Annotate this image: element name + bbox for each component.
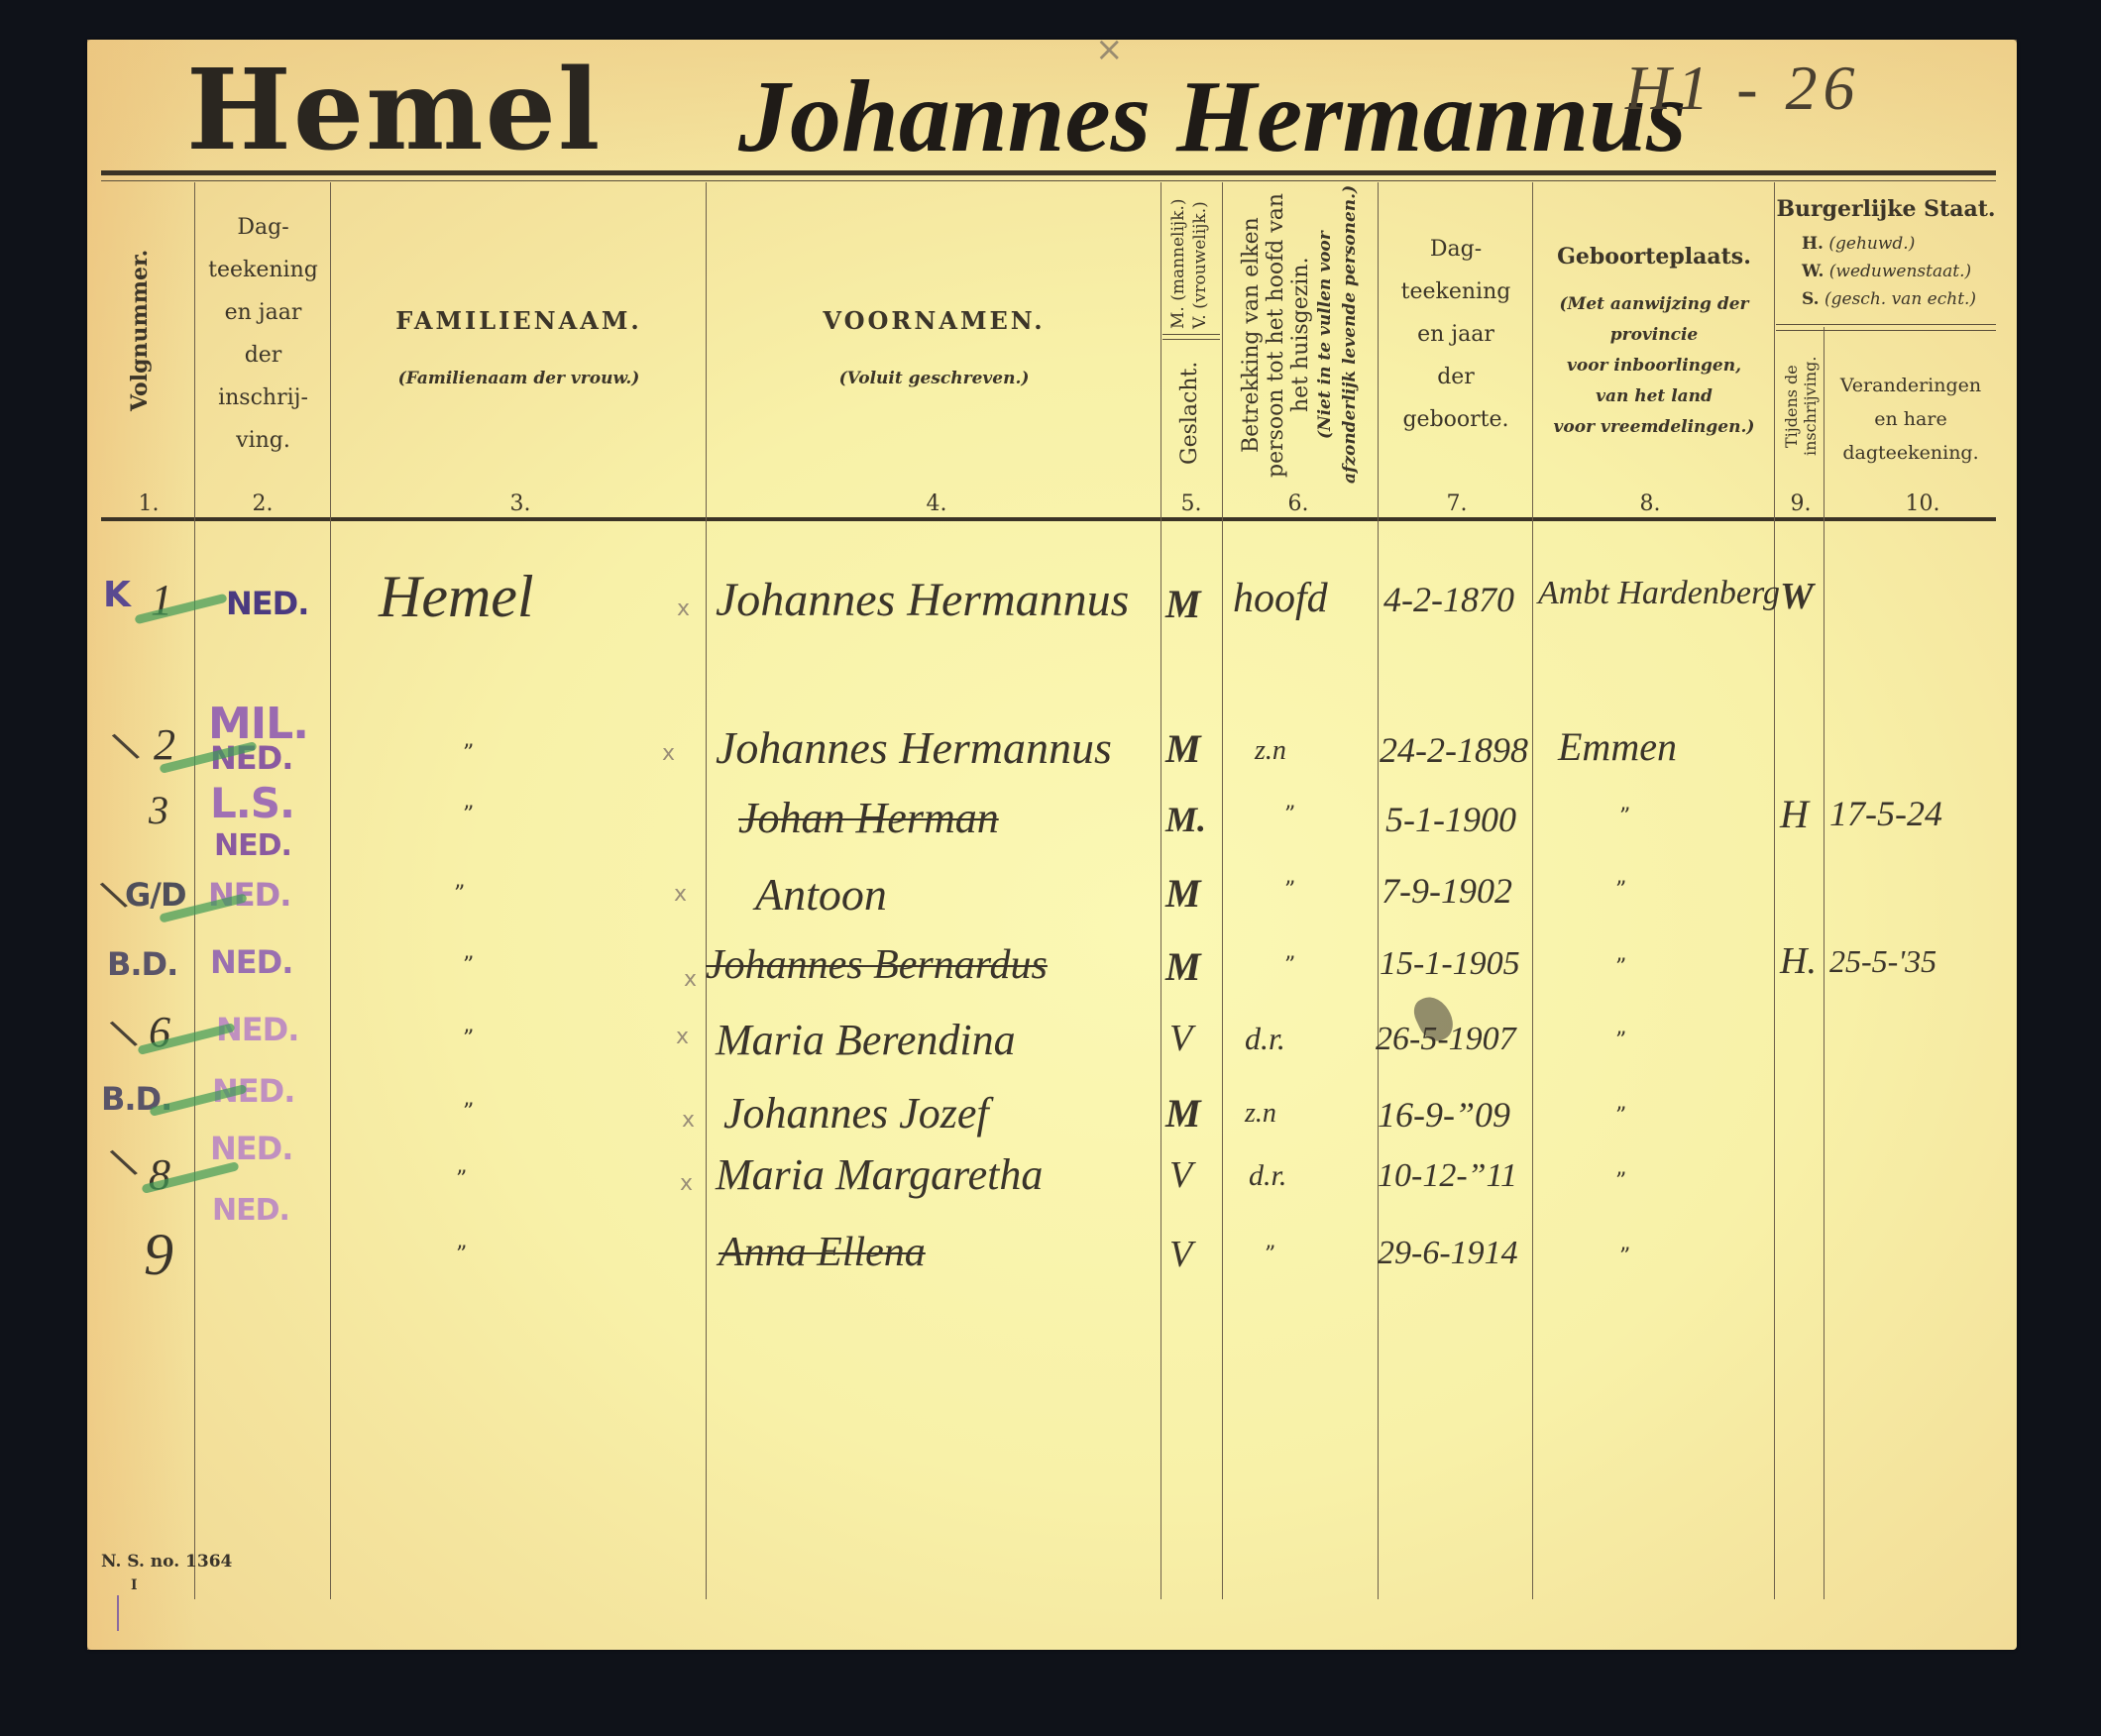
- legend-m: M. (mannelijk.): [1167, 188, 1189, 329]
- row-8-family: ”: [456, 1167, 467, 1192]
- title-rule: [101, 170, 1996, 175]
- colnum-1: 1.: [129, 491, 168, 516]
- legend-h-desc: (gehuwd.): [1828, 234, 1915, 254]
- row-9-stamp: NED.: [212, 1193, 289, 1228]
- header-line: ving.: [196, 419, 330, 462]
- row-8-given: Maria Margaretha: [716, 1149, 1043, 1200]
- row-3-family: ”: [463, 803, 474, 827]
- row-1-family: Hemel: [379, 563, 534, 631]
- row-9-family: ”: [456, 1243, 467, 1267]
- row-8-stamp: NED.: [210, 1130, 292, 1167]
- row-5-change: 25-5-'35: [1829, 943, 1936, 980]
- gender-rule-2: [1162, 339, 1220, 340]
- header-line: teekening: [1380, 271, 1532, 313]
- row-4-birth-date: 7-9-1902: [1382, 870, 1512, 912]
- row-2-x-mark: x: [662, 741, 675, 766]
- header-note: (Niet in te vullen voor: [1313, 186, 1338, 484]
- row-1-sex: M: [1165, 581, 1201, 627]
- card-surname: Hemel: [186, 46, 602, 175]
- col-divider-4: [1161, 182, 1161, 1599]
- row-1-civil-status: W: [1780, 575, 1814, 618]
- header-dagteekening-geboorte: Dag- teekening en jaar der geboorte.: [1380, 228, 1532, 441]
- header-geboorteplaats-sub: (Met aanwijzing der provincie voor inboo…: [1534, 289, 1774, 443]
- row-6-birth-date: 26-5-1907: [1376, 1021, 1516, 1058]
- header-geslacht: Geslacht.: [1177, 349, 1202, 478]
- header-mv-legend: M. (mannelijk.) V. (vrouwelijk.): [1167, 188, 1211, 329]
- row-7-family: ”: [463, 1100, 474, 1125]
- header-line: voor vreemdelingen.): [1534, 412, 1774, 443]
- legend-s: S.: [1802, 289, 1820, 309]
- burgerlijke-staat-legend: H. (gehuwd.) W. (weduwenstaat.) S. (gesc…: [1802, 230, 1976, 313]
- header-line: en jaar: [196, 291, 330, 334]
- header-line: Dag-: [1380, 228, 1532, 271]
- row-5-relation: ”: [1284, 953, 1295, 978]
- header-veranderingen: Veranderingen en hare dagteekening.: [1825, 369, 1996, 470]
- row-1-birth-place: Ambt Hardenberg: [1538, 575, 1780, 612]
- registration-card: [87, 40, 2017, 1650]
- row-3-stamp-2: NED.: [214, 828, 291, 863]
- row-8-relation: d.r.: [1249, 1159, 1286, 1193]
- row-5-prefix: B.D.: [107, 945, 177, 983]
- col-divider-6: [1378, 182, 1379, 1599]
- header-line: inschrij-: [196, 377, 330, 419]
- row-6-x-mark: x: [676, 1025, 689, 1049]
- row-9-given-struck: Anna Ellena: [719, 1229, 975, 1276]
- header-tijdens-inschrijving: Tijdens de inschrijving.: [1782, 347, 1820, 466]
- row-7-relation: z.n: [1245, 1098, 1276, 1130]
- row-3-number: 3: [149, 787, 168, 833]
- header-line: dagteekening.: [1825, 436, 1996, 470]
- header-line: teekening: [196, 249, 330, 291]
- header-line: het huisgezin.: [1288, 186, 1313, 484]
- row-8-x-mark: x: [680, 1171, 693, 1196]
- bs-rule-1: [1776, 324, 1996, 325]
- row-7-sex: M: [1165, 1090, 1201, 1137]
- header-betrekking: Betrekking van elken persoon tot het hoo…: [1239, 186, 1363, 484]
- header-voornamen-sub: (Voluit geschreven.): [708, 371, 1161, 387]
- col-divider-7: [1532, 182, 1533, 1599]
- header-rule: [101, 517, 1996, 521]
- row-5-x-mark: x: [684, 967, 697, 992]
- row-7-x-mark: x: [682, 1108, 695, 1133]
- colnum-8: 8.: [1630, 491, 1670, 516]
- row-5-civil-status: H.: [1780, 939, 1817, 983]
- row-6-relation: d.r.: [1245, 1021, 1285, 1057]
- row-5-given-struck: Johannes Bernardus: [706, 941, 1067, 989]
- row-9-birth-place: ”: [1619, 1245, 1630, 1269]
- col-divider-2: [330, 182, 331, 1599]
- row-4-x-mark: x: [674, 882, 687, 907]
- col-divider-1: [194, 182, 195, 1599]
- row-4-birth-place: ”: [1615, 878, 1626, 903]
- row-3-sex: M.: [1165, 799, 1206, 840]
- row-3-civil-status: H: [1780, 791, 1809, 837]
- colnum-4: 4.: [912, 491, 961, 516]
- colnum-10: 10.: [1898, 491, 1947, 516]
- header-note: afzonderlijk levende personen.): [1338, 186, 1363, 484]
- col-divider-8: [1774, 182, 1775, 1599]
- row-5-stamp: NED.: [210, 943, 292, 981]
- header-volgnummer: Volgnummer.: [127, 253, 153, 411]
- row-4-relation: ”: [1284, 878, 1295, 903]
- row-9-number: 9: [144, 1221, 173, 1289]
- row-3-stamp: L.S.: [210, 779, 294, 827]
- row-4-sex: M: [1165, 870, 1201, 917]
- form-sub-number: I: [131, 1577, 138, 1593]
- header-line: voor inboorlingen,: [1534, 351, 1774, 381]
- header-line: geboorte.: [1380, 398, 1532, 441]
- header-dagteekening-inschrijving: Dag- teekening en jaar der inschrij- vin…: [196, 206, 330, 462]
- row-8-number: 8: [149, 1149, 170, 1200]
- header-line: der: [196, 334, 330, 377]
- header-line: Veranderingen: [1825, 369, 1996, 402]
- header-line: persoon tot het hoofd van: [1264, 186, 1288, 484]
- row-5-birth-place: ”: [1615, 955, 1626, 980]
- row-6-family: ”: [463, 1027, 474, 1051]
- row-2-sex: M: [1165, 725, 1201, 772]
- row-9-relation: ”: [1265, 1243, 1275, 1267]
- row-8-birth-place: ”: [1615, 1169, 1626, 1194]
- header-line: Tijdens de: [1782, 347, 1801, 466]
- row-6-given: Maria Berendina: [716, 1015, 1016, 1065]
- row-7-birth-date: 16-9-”09: [1378, 1094, 1510, 1136]
- header-line: (Met aanwijzing der: [1534, 289, 1774, 320]
- row-1-x-mark: x: [677, 597, 690, 621]
- header-geboorteplaats: Geboorteplaats.: [1534, 246, 1774, 268]
- row-2-relation: z.n: [1255, 735, 1286, 767]
- row-3-birth-place: ”: [1619, 805, 1630, 829]
- header-burgerlijke-staat: Burgerlijke Staat.: [1776, 198, 1996, 220]
- row-6-sex: V: [1169, 1017, 1192, 1060]
- colnum-2: 2.: [238, 491, 287, 516]
- row-2-birth-date: 24-2-1898: [1380, 729, 1528, 771]
- row-1-prefix: K: [103, 575, 130, 615]
- colnum-9: 9.: [1781, 491, 1821, 516]
- row-8-birth-date: 10-12-”11: [1378, 1157, 1517, 1195]
- row-4-family: ”: [454, 882, 465, 907]
- row-3-birth-date: 5-1-1900: [1385, 799, 1516, 840]
- colnum-6: 6.: [1278, 491, 1318, 516]
- header-voornamen: VOORNAMEN.: [708, 309, 1161, 333]
- colnum-7: 7.: [1437, 491, 1477, 516]
- row-5-family: ”: [463, 953, 474, 978]
- row-5-sex: M: [1165, 943, 1201, 990]
- header-line: en hare: [1825, 402, 1996, 436]
- header-line: Dag-: [196, 206, 330, 249]
- row-3-relation: ”: [1284, 803, 1295, 827]
- row-2-given: Johannes Hermannus: [716, 721, 1112, 774]
- header-line: inschrijving.: [1801, 347, 1820, 466]
- row-5-birth-date: 15-1-1905: [1380, 945, 1520, 983]
- bs-rule-2: [1776, 330, 1996, 331]
- row-9-sex: V: [1169, 1233, 1192, 1276]
- row-1-relation: hoofd: [1233, 575, 1328, 622]
- form-number: N. S. no. 1364: [101, 1552, 232, 1572]
- row-9-birth-date: 29-6-1914: [1378, 1235, 1518, 1272]
- legend-w: W.: [1802, 262, 1824, 281]
- row-7-given: Johannes Jozef: [723, 1088, 989, 1139]
- row-4-given: Antoon: [755, 868, 887, 921]
- header-line: der: [1380, 356, 1532, 398]
- legend-h: H.: [1802, 234, 1824, 254]
- header-line: provincie: [1534, 320, 1774, 351]
- row-3-given-struck: Johan Herman: [738, 793, 1058, 843]
- colnum-5: 5.: [1171, 491, 1211, 516]
- row-8-sex: V: [1169, 1153, 1192, 1197]
- header-familienaam-sub: (Familienaam der vrouw.): [332, 371, 706, 387]
- row-7-birth-place: ”: [1615, 1104, 1626, 1129]
- legend-w-desc: (weduwenstaat.): [1829, 262, 1971, 281]
- row-4-prefix: G/D: [125, 876, 186, 914]
- row-3-change: 17-5-24: [1829, 793, 1942, 834]
- margin-mark: [117, 1595, 119, 1631]
- row-1-birth-date: 4-2-1870: [1383, 579, 1514, 620]
- row-2-family: ”: [463, 741, 474, 766]
- col-divider-5: [1222, 182, 1223, 1599]
- legend-v: V. (vrouwelijk.): [1189, 188, 1211, 329]
- row-1-stamp: NED.: [226, 585, 308, 622]
- legend-s-desc: (gesch. van echt.): [1825, 289, 1976, 309]
- header-familienaam: FAMILIENAAM.: [332, 309, 706, 333]
- row-6-birth-place: ”: [1615, 1029, 1626, 1053]
- header-line: Betrekking van elken: [1239, 186, 1264, 484]
- col-divider-3: [706, 182, 707, 1599]
- header-line: en jaar: [1380, 313, 1532, 356]
- card-given-names: Johannes Hermannus: [738, 57, 1687, 175]
- card-reference: H1 - 26: [1625, 52, 1861, 125]
- row-1-given: Johannes Hermannus: [716, 573, 1129, 627]
- title-rule-thin: [101, 180, 1996, 181]
- col-divider-9: [1824, 327, 1825, 1599]
- colnum-3: 3.: [496, 491, 545, 516]
- row-2-birth-place: Emmen: [1558, 723, 1677, 770]
- gender-rule-1: [1162, 334, 1220, 335]
- header-line: van het land: [1534, 381, 1774, 412]
